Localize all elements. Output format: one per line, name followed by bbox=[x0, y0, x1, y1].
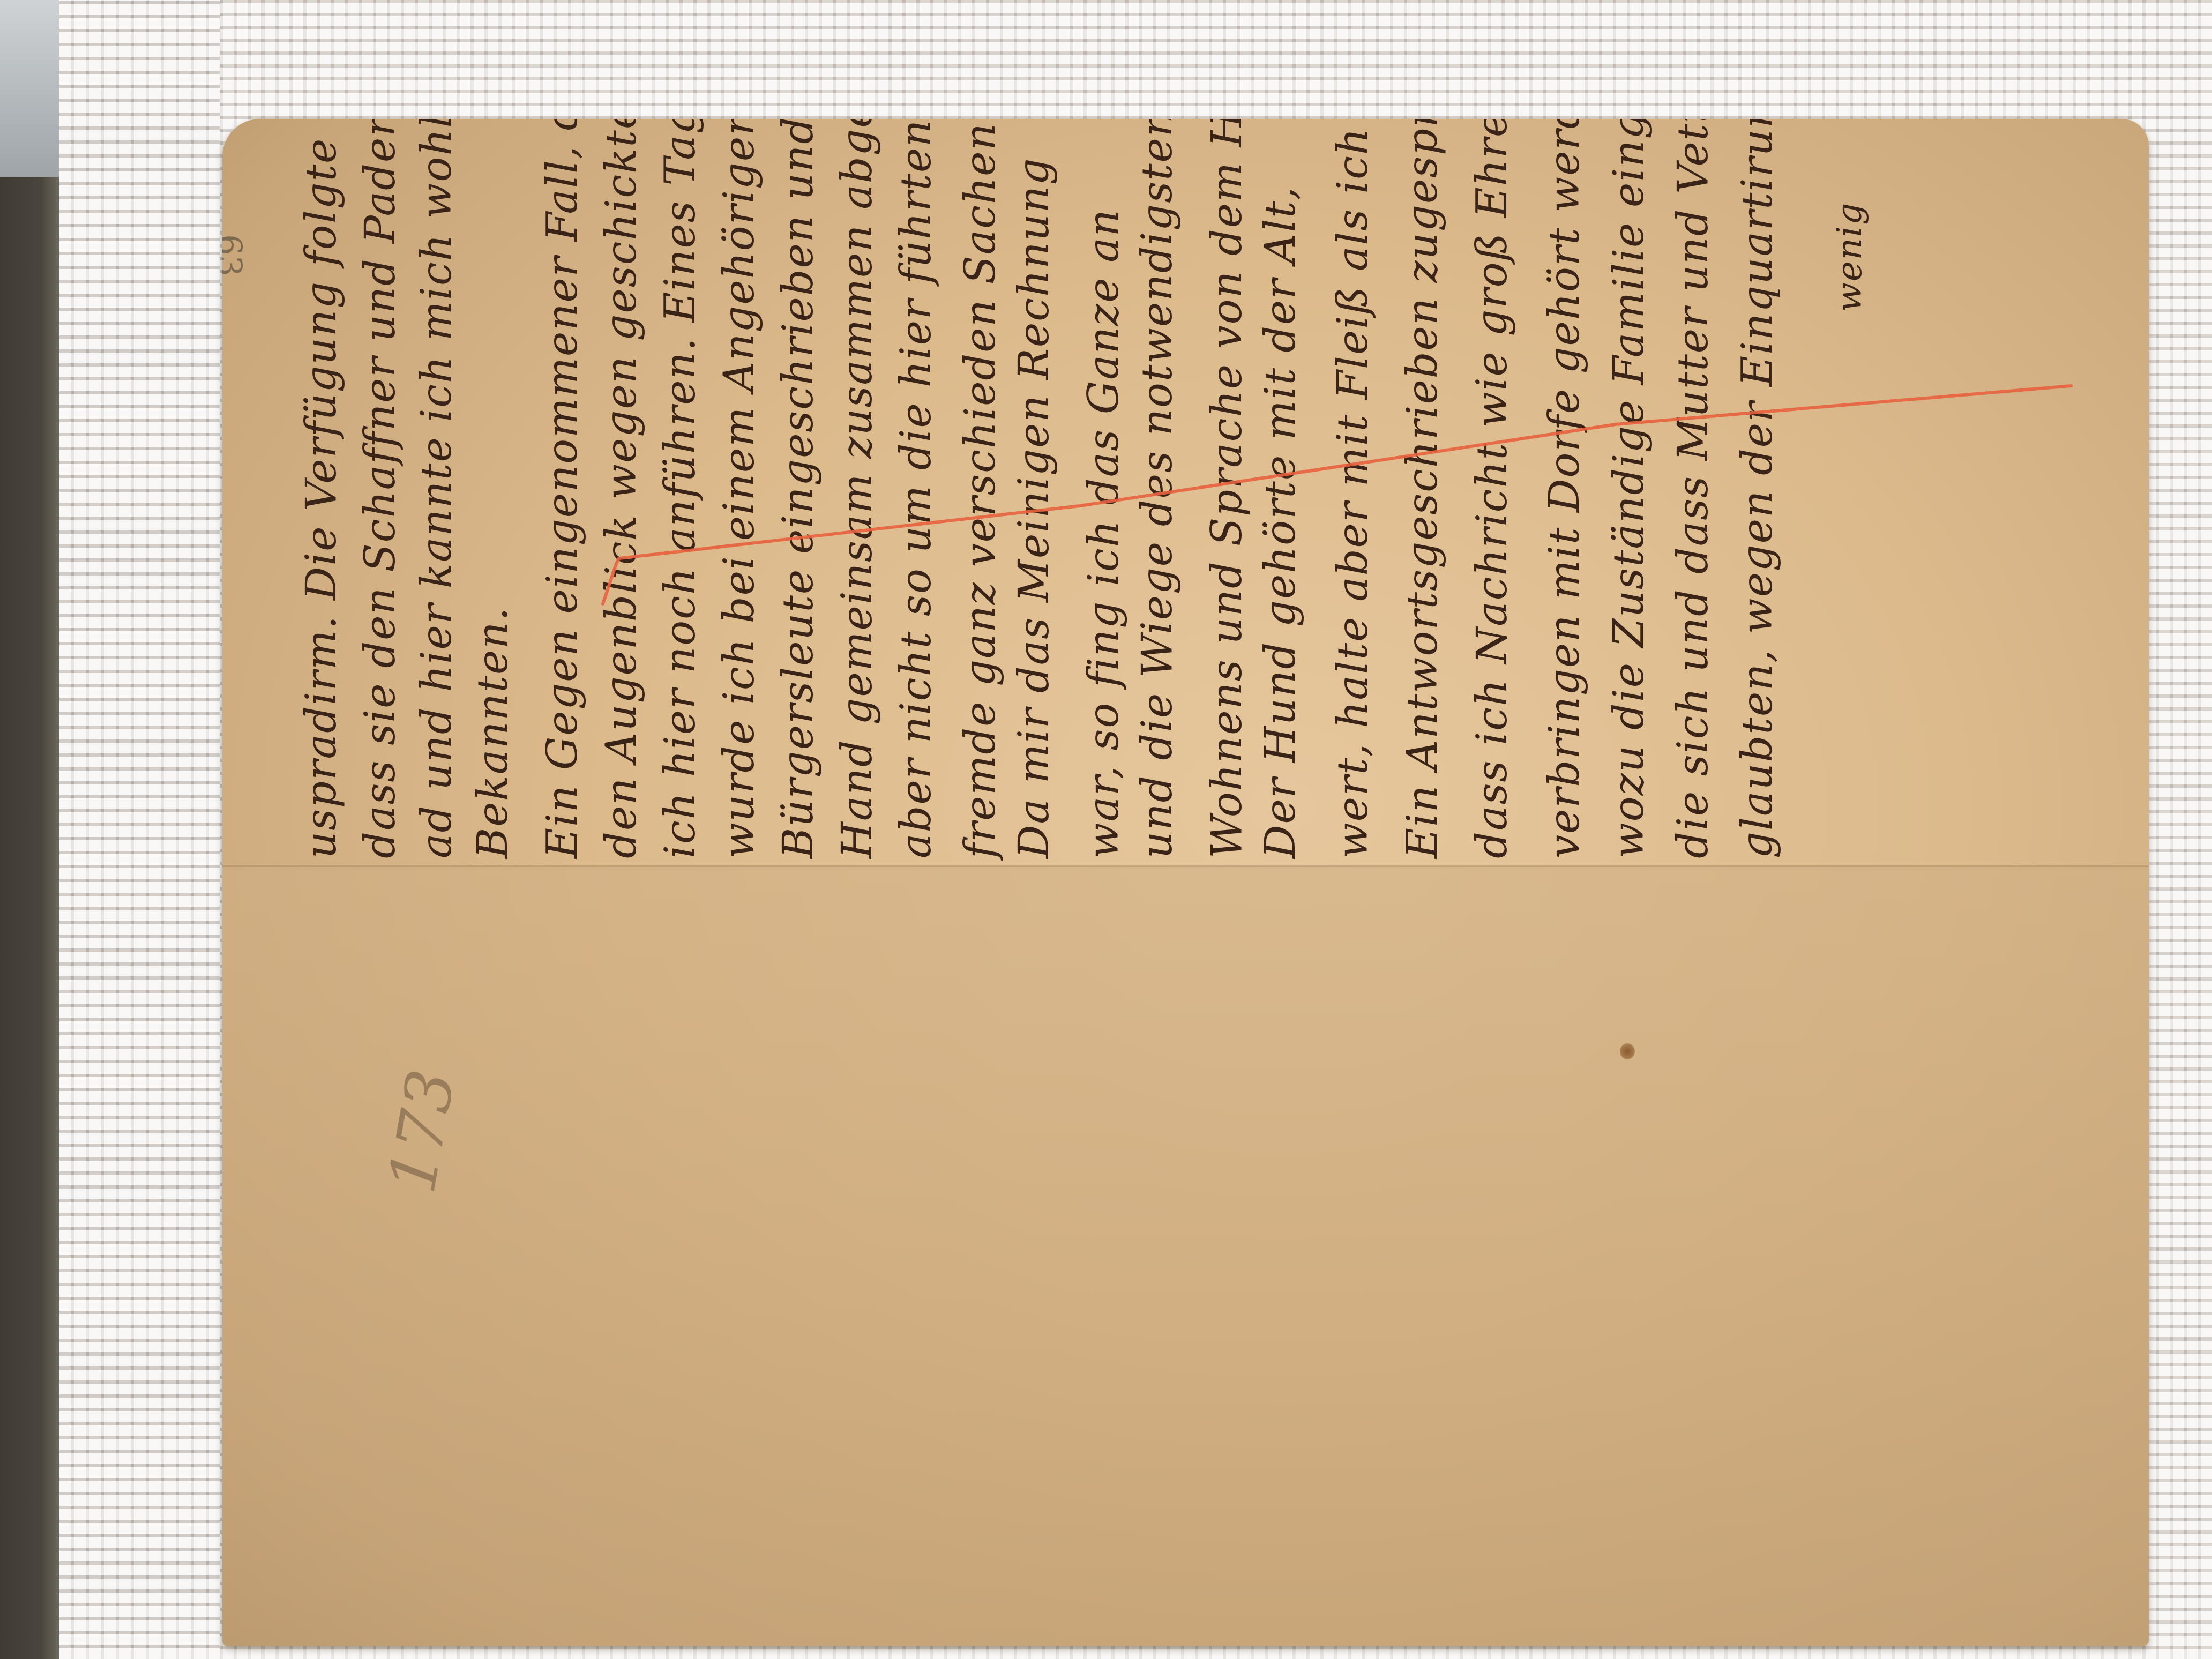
linen-background bbox=[59, 0, 220, 1659]
dark-table-edge bbox=[0, 0, 59, 1659]
red-pencil-line bbox=[222, 119, 2149, 1646]
adjacent-document-corner bbox=[0, 0, 59, 177]
manuscript-page: 63 173 uspradirm. Die Verfügung folgte d… bbox=[222, 119, 2149, 1646]
